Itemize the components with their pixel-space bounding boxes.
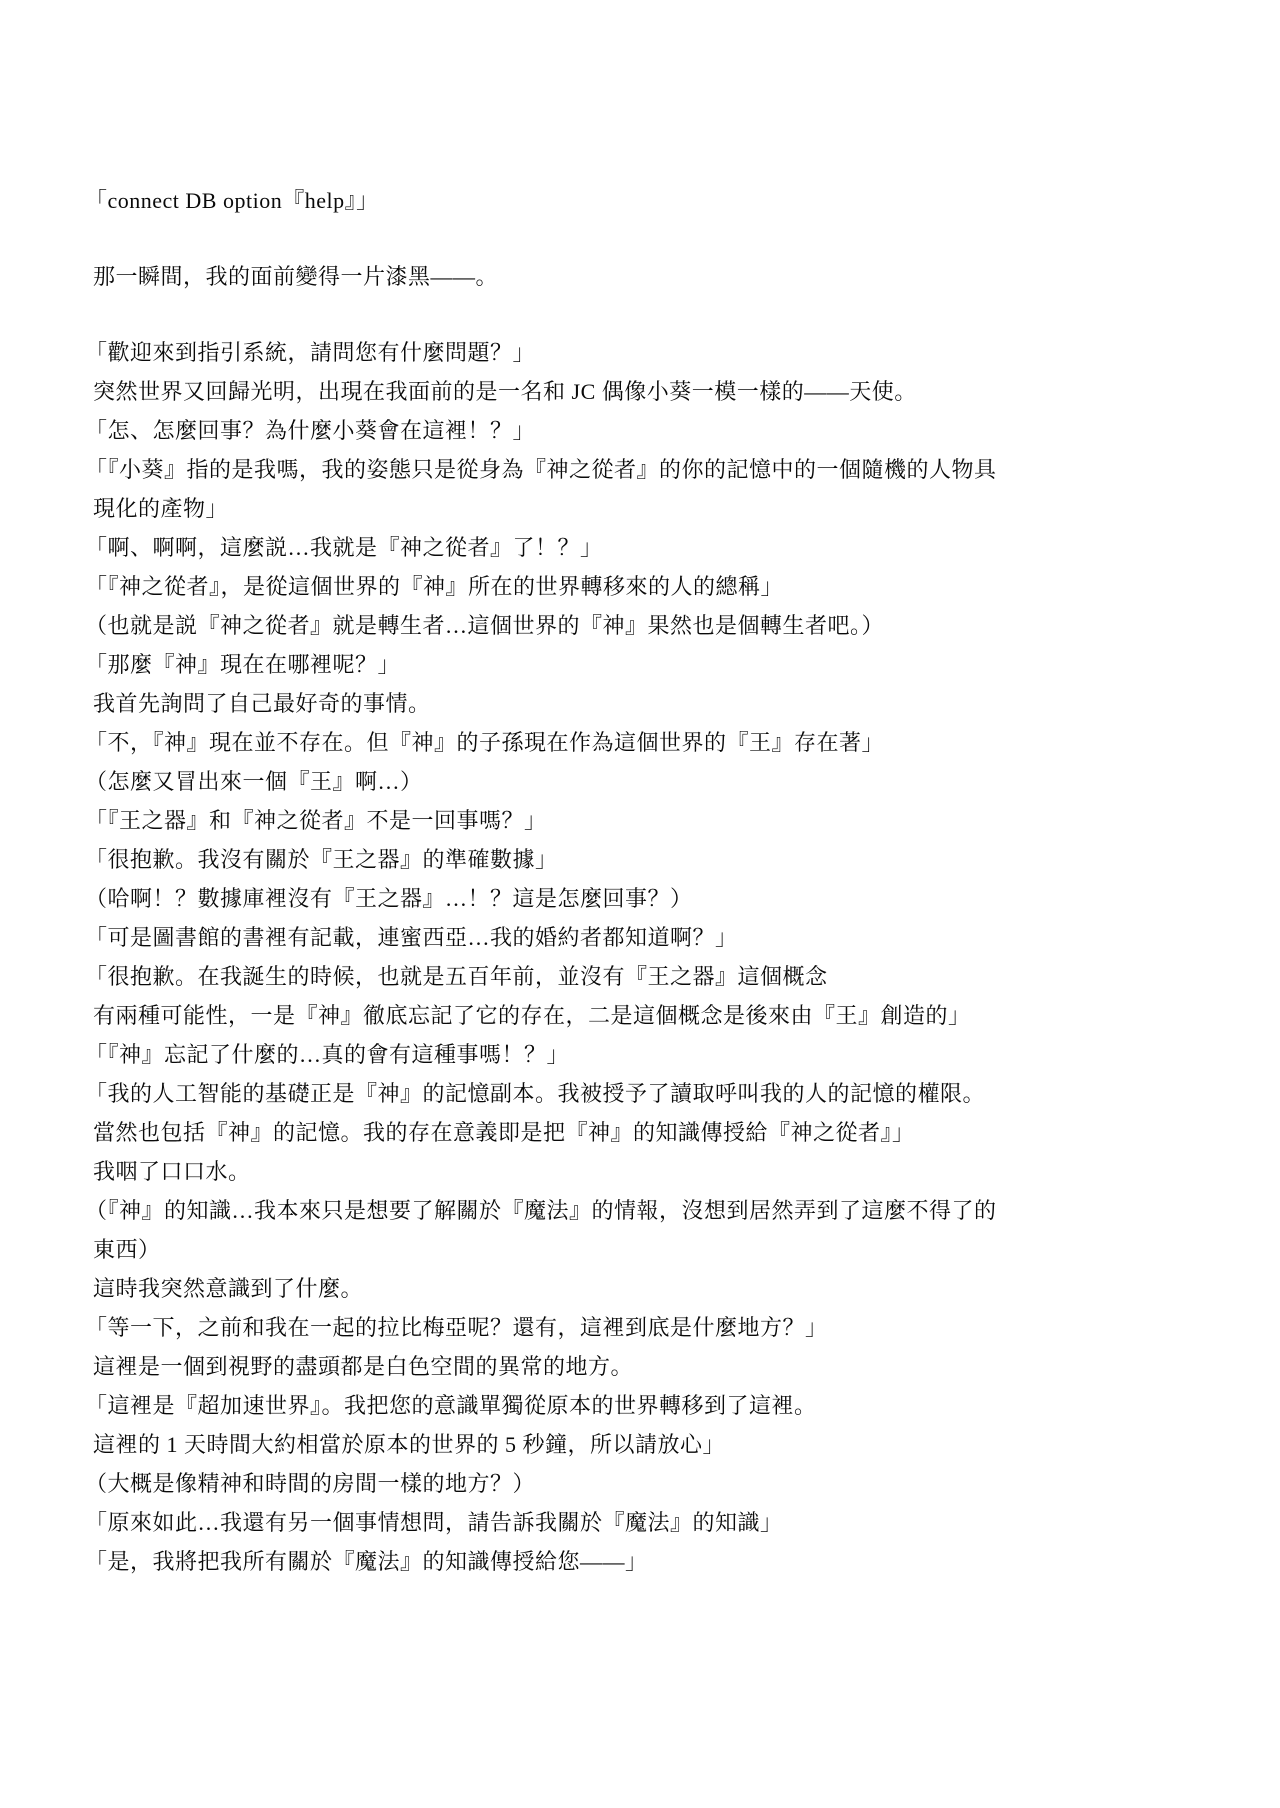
text-line: 「connect DB option『help』」 [85, 181, 1225, 220]
text-line: 「歡迎來到指引系統，請問您有什麼問題？」 [85, 333, 1225, 372]
text-line: 「我的人工智能的基礎正是『神』的記憶副本。我被授予了讀取呼叫我的人的記憶的權限。 [85, 1074, 1225, 1113]
text-line: 這裡是一個到視野的盡頭都是白色空間的異常的地方。 [85, 1347, 1225, 1386]
text-line: （怎麼又冒出來一個『王』啊…） [85, 762, 1225, 801]
text-line: 「『小葵』指的是我嗎，我的姿態只是從身為『神之從者』的你的記憶中的一個隨機的人物… [85, 450, 1225, 489]
text-line: 這時我突然意識到了什麼。 [85, 1269, 1225, 1308]
text-line: 這裡的 1 天時間大約相當於原本的世界的 5 秒鐘，所以請放心」 [85, 1425, 1225, 1464]
text-line: 「原來如此…我還有另一個事情想問，請告訴我關於『魔法』的知識」 [85, 1503, 1225, 1542]
text-line: 「等一下，之前和我在一起的拉比梅亞呢？還有，這裡到底是什麼地方？」 [85, 1308, 1225, 1347]
text-line: 「啊、啊啊，這麼説…我就是『神之從者』了！？」 [85, 528, 1225, 567]
text-line: （『神』的知識…我本來只是想要了解關於『魔法』的情報，沒想到居然弄到了這麼不得了… [85, 1191, 1225, 1230]
text-line: 「『神之從者』，是從這個世界的『神』所在的世界轉移來的人的總稱」 [85, 567, 1225, 606]
text-line: （哈啊！？數據庫裡沒有『王之器』…！？這是怎麼回事？） [85, 879, 1225, 918]
text-line: 「那麼『神』現在在哪裡呢？」 [85, 645, 1225, 684]
text-line: 有兩種可能性，一是『神』徹底忘記了它的存在，二是這個概念是後來由『王』創造的」 [85, 996, 1225, 1035]
text-line: 現化的產物」 [85, 489, 1225, 528]
novel-page: 「connect DB option『help』」那一瞬間，我的面前變得一片漆黑… [0, 0, 1280, 1808]
text-line: 「很抱歉。在我誕生的時候，也就是五百年前，並沒有『王之器』這個概念 [85, 957, 1225, 996]
text-line: 「『王之器』和『神之從者』不是一回事嗎？」 [85, 801, 1225, 840]
text-line: 當然也包括『神』的記憶。我的存在意義即是把『神』的知識傳授給『神之從者』」 [85, 1113, 1225, 1152]
text-line: 「是，我將把我所有關於『魔法』的知識傳授給您——」 [85, 1542, 1225, 1581]
text-line: 「怎、怎麼回事？為什麼小葵會在這裡！？」 [85, 411, 1225, 450]
text-line: 我首先詢問了自己最好奇的事情。 [85, 684, 1225, 723]
text-line: （也就是説『神之從者』就是轉生者…這個世界的『神』果然也是個轉生者吧。） [85, 606, 1225, 645]
novel-text-block: 「connect DB option『help』」那一瞬間，我的面前變得一片漆黑… [85, 181, 1225, 1581]
text-line: 「不，『神』現在並不存在。但『神』的子孫現在作為這個世界的『王』存在著」 [85, 723, 1225, 762]
text-line: 東西） [85, 1230, 1225, 1269]
text-line: 突然世界又回歸光明，出現在我面前的是一名和 JC 偶像小葵一模一樣的——天使。 [85, 372, 1225, 411]
text-line: 「可是圖書館的書裡有記載，連蜜西亞…我的婚約者都知道啊？」 [85, 918, 1225, 957]
text-line: 我咽了口口水。 [85, 1152, 1225, 1191]
text-line: 「『神』忘記了什麼的…真的會有這種事嗎！？」 [85, 1035, 1225, 1074]
text-line: 那一瞬間，我的面前變得一片漆黑——。 [85, 257, 1225, 296]
text-line: （大概是像精神和時間的房間一樣的地方？） [85, 1464, 1225, 1503]
text-line: 「很抱歉。我沒有關於『王之器』的準確數據」 [85, 840, 1225, 879]
text-line: 「這裡是『超加速世界』。我把您的意識單獨從原本的世界轉移到了這裡。 [85, 1386, 1225, 1425]
